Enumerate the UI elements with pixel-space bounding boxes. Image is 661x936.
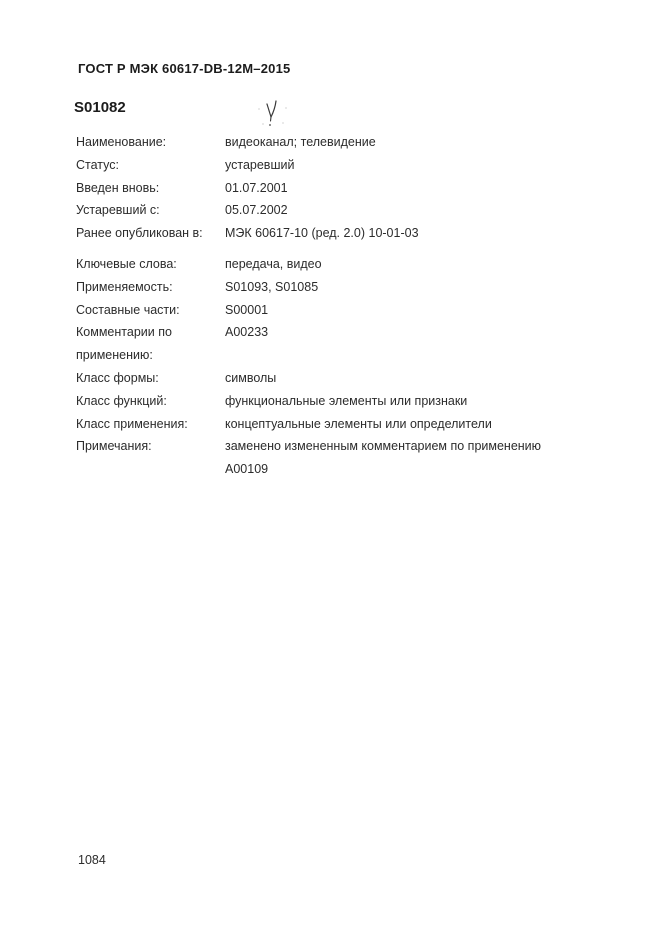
document-page: ГОСТ Р МЭК 60617-DB-12M–2015 S01082 Наим… bbox=[0, 0, 661, 936]
field-value: 05.07.2002 bbox=[225, 199, 588, 222]
field-row: Составные части:S00001 bbox=[76, 299, 588, 322]
field-label: Класс формы: bbox=[76, 367, 225, 390]
field-row: Класс применения:концептуальные элементы… bbox=[76, 413, 588, 436]
field-label: Ранее опубликован в: bbox=[76, 222, 225, 245]
field-value: передача, видео bbox=[225, 253, 588, 276]
entry-id-heading: S01082 bbox=[74, 99, 126, 116]
field-label: Комментарии поприменению: bbox=[76, 321, 225, 367]
field-row: Устаревший с:05.07.2002 bbox=[76, 199, 588, 222]
field-label: Наименование: bbox=[76, 131, 225, 154]
field-label: Статус: bbox=[76, 154, 225, 177]
field-value: МЭК 60617-10 (ред. 2.0) 10-01-03 bbox=[225, 222, 588, 245]
field-row: Ранее опубликован в:МЭК 60617-10 (ред. 2… bbox=[76, 222, 588, 245]
field-value: 01.07.2001 bbox=[225, 177, 588, 200]
field-row: Статус:устаревший bbox=[76, 154, 588, 177]
field-label: Класс функций: bbox=[76, 390, 225, 413]
field-value: заменено измененным комментарием по прим… bbox=[225, 435, 588, 481]
field-label: Класс применения: bbox=[76, 413, 225, 436]
field-row: Класс функций:функциональные элементы ил… bbox=[76, 390, 588, 413]
field-row: Примечания:заменено измененным комментар… bbox=[76, 435, 588, 481]
field-value: устаревший bbox=[225, 154, 588, 177]
field-row: Введен вновь:01.07.2001 bbox=[76, 177, 588, 200]
field-label: Составные части: bbox=[76, 299, 225, 322]
field-value: видеоканал; телевидение bbox=[225, 131, 588, 154]
field-row: Класс формы:символы bbox=[76, 367, 588, 390]
field-value: A00233 bbox=[225, 321, 588, 344]
field-row: Наименование:видеоканал; телевидение bbox=[76, 131, 588, 154]
field-row: Ключевые слова:передача, видео bbox=[76, 253, 588, 276]
field-row: Комментарии поприменению:A00233 bbox=[76, 321, 588, 367]
field-label: Применяемость: bbox=[76, 276, 225, 299]
field-value: S01093, S01085 bbox=[225, 276, 588, 299]
field-value: символы bbox=[225, 367, 588, 390]
field-value: концептуальные элементы или определители bbox=[225, 413, 588, 436]
field-value: функциональные элементы или признаки bbox=[225, 390, 588, 413]
video-channel-symbol-icon bbox=[257, 99, 289, 131]
field-label: Ключевые слова: bbox=[76, 253, 225, 276]
field-value: S00001 bbox=[225, 299, 588, 322]
page-number: 1084 bbox=[78, 853, 106, 867]
field-label: Устаревший с: bbox=[76, 199, 225, 222]
field-label: Введен вновь: bbox=[76, 177, 225, 200]
field-row: Применяемость:S01093, S01085 bbox=[76, 276, 588, 299]
fields-list: Наименование:видеоканал; телевидениеСтат… bbox=[76, 131, 588, 481]
field-label: Примечания: bbox=[76, 435, 225, 458]
document-header-title: ГОСТ Р МЭК 60617-DB-12M–2015 bbox=[78, 61, 290, 76]
